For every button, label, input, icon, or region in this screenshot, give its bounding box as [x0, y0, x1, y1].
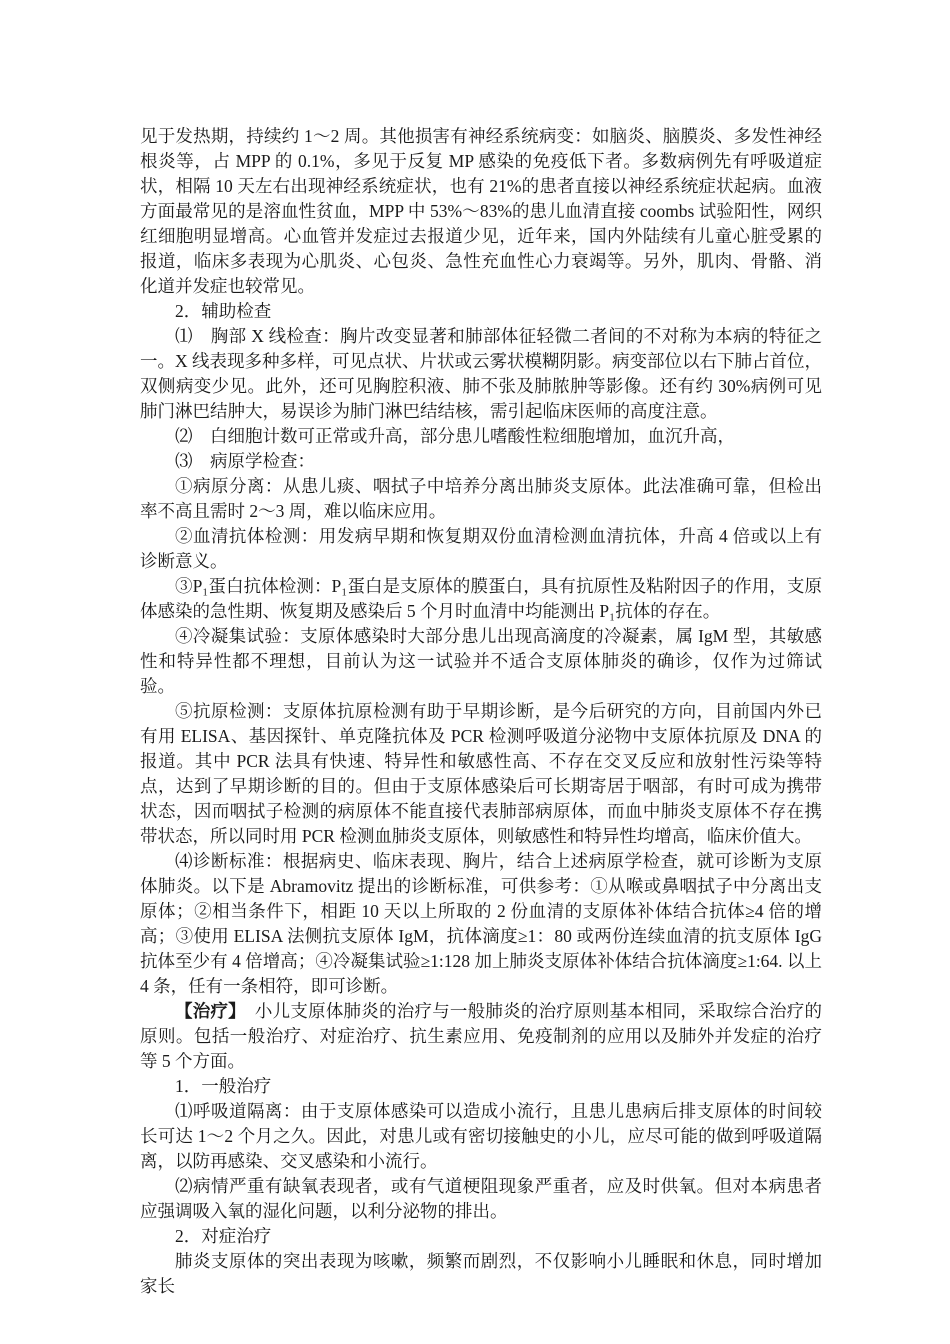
paragraph-text: ⑶ 病原学检查：	[175, 451, 315, 471]
paragraph-text: ⑤抗原检测：支原体抗原检测有助于早期诊断，是今后研究的方向，目前国内外已有用 E…	[140, 701, 822, 846]
paragraph-15: ⑵病情严重有缺氧表现者，或有气道梗阻现象严重者，应及时供氧。但对本病患者应强调吸…	[140, 1174, 822, 1224]
paragraph-9: ④冷凝集试验：支原体感染时大部分患儿出现高滴度的冷凝素，属 IgM 型，其敏感性…	[140, 624, 822, 699]
paragraph-text: 1．一般治疗	[175, 1076, 271, 1096]
paragraph-text: 2．辅助检查	[175, 301, 271, 321]
paragraph-text: ①病原分离：从患儿痰、咽拭子中培养分离出肺炎支原体。此法准确可靠，但检出率不高且…	[140, 476, 822, 521]
document-page: 见于发热期，持续约 1～2 周。其他损害有神经系统病变：如脑炎、脑膜炎、多发性神…	[0, 0, 950, 1344]
paragraph-8: ③P₁蛋白抗体检测：P₁蛋白是支原体的膜蛋白，具有抗原性及粘附因子的作用，支原体…	[140, 574, 822, 624]
paragraph-17: 肺炎支原体的突出表现为咳嗽，频繁而剧烈，不仅影响小儿睡眠和休息，同时增加家长	[140, 1249, 822, 1299]
paragraph-text: 2．对症治疗	[175, 1226, 271, 1246]
section-label: 【治疗】	[175, 1001, 237, 1021]
paragraph-13: 1．一般治疗	[140, 1074, 822, 1099]
paragraph-text: ⑵ 白细胞计数可正常或升高，部分患儿嗜酸性粒细胞增加，血沉升高，	[175, 426, 735, 446]
paragraph-7: ②血清抗体检测：用发病早期和恢复期双份血清检测血清抗体，升高 4 倍或以上有诊断…	[140, 524, 822, 574]
paragraph-text: ③P₁蛋白抗体检测：P₁蛋白是支原体的膜蛋白，具有抗原性及粘附因子的作用，支原体…	[140, 576, 822, 621]
paragraph-2: 2．辅助检查	[140, 299, 822, 324]
paragraph-3: ⑴ 胸部 X 线检查：胸片改变显著和肺部体征轻微二者间的不对称为本病的特征之一。…	[140, 324, 822, 424]
paragraph-6: ①病原分离：从患儿痰、咽拭子中培养分离出肺炎支原体。此法准确可靠，但检出率不高且…	[140, 474, 822, 524]
paragraph-text: 小儿支原体肺炎的治疗与一般肺炎的治疗原则基本相同，采取综合治疗的原则。包括一般治…	[140, 1001, 822, 1071]
paragraph-text: ②血清抗体检测：用发病早期和恢复期双份血清检测血清抗体，升高 4 倍或以上有诊断…	[140, 526, 822, 571]
paragraph-1: 见于发热期，持续约 1～2 周。其他损害有神经系统病变：如脑炎、脑膜炎、多发性神…	[140, 124, 822, 299]
paragraph-5: ⑶ 病原学检查：	[140, 449, 822, 474]
paragraph-16: 2．对症治疗	[140, 1224, 822, 1249]
paragraph-text: ⑵病情严重有缺氧表现者，或有气道梗阻现象严重者，应及时供氧。但对本病患者应强调吸…	[140, 1176, 822, 1221]
paragraph-12: 【治疗】 小儿支原体肺炎的治疗与一般肺炎的治疗原则基本相同，采取综合治疗的原则。…	[140, 999, 822, 1074]
paragraph-text: 肺炎支原体的突出表现为咳嗽，频繁而剧烈，不仅影响小儿睡眠和休息，同时增加家长	[140, 1251, 822, 1296]
paragraph-text: ⑴ 胸部 X 线检查：胸片改变显著和肺部体征轻微二者间的不对称为本病的特征之一。…	[140, 326, 822, 421]
paragraph-11: ⑷诊断标准：根据病史、临床表现、胸片，结合上述病原学检查，就可诊断为支原体肺炎。…	[140, 849, 822, 999]
paragraph-4: ⑵ 白细胞计数可正常或升高，部分患儿嗜酸性粒细胞增加，血沉升高，	[140, 424, 822, 449]
paragraph-10: ⑤抗原检测：支原体抗原检测有助于早期诊断，是今后研究的方向，目前国内外已有用 E…	[140, 699, 822, 849]
paragraph-text: ⑴呼吸道隔离：由于支原体感染可以造成小流行，且患儿患病后排支原体的时间较长可达 …	[140, 1101, 822, 1171]
text-body: 见于发热期，持续约 1～2 周。其他损害有神经系统病变：如脑炎、脑膜炎、多发性神…	[140, 124, 822, 1299]
paragraph-text: ⑷诊断标准：根据病史、临床表现、胸片，结合上述病原学检查，就可诊断为支原体肺炎。…	[140, 851, 822, 996]
paragraph-text: 见于发热期，持续约 1～2 周。其他损害有神经系统病变：如脑炎、脑膜炎、多发性神…	[140, 126, 822, 296]
paragraph-text: ④冷凝集试验：支原体感染时大部分患儿出现高滴度的冷凝素，属 IgM 型，其敏感性…	[140, 626, 822, 696]
paragraph-14: ⑴呼吸道隔离：由于支原体感染可以造成小流行，且患儿患病后排支原体的时间较长可达 …	[140, 1099, 822, 1174]
